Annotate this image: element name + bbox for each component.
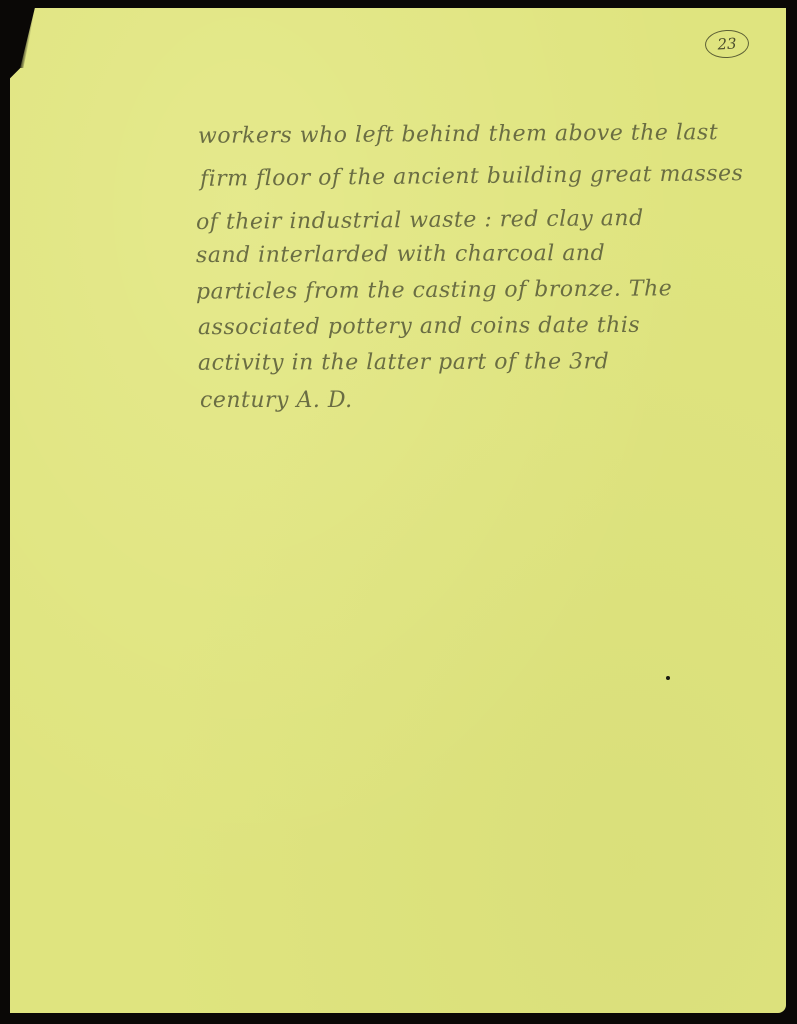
ink-speck [666, 676, 670, 680]
text-line-8: century A. D. [200, 388, 353, 413]
scanned-page-background: 23 workers who left behind them above th… [0, 0, 797, 1024]
text-line-4: sand interlarded with charcoal and [196, 241, 605, 268]
page-number-circled: 23 [704, 29, 749, 59]
text-line-1: workers who left behind them above the l… [198, 120, 718, 149]
text-line-7: activity in the latter part of the 3rd [198, 349, 609, 375]
text-line-3: of their industrial waste : red clay and [196, 206, 644, 235]
manuscript-page: 23 [10, 8, 786, 1013]
text-line-5: particles from the casting of bronze. Th… [196, 276, 672, 304]
text-line-6: associated pottery and coins date this [198, 313, 640, 340]
